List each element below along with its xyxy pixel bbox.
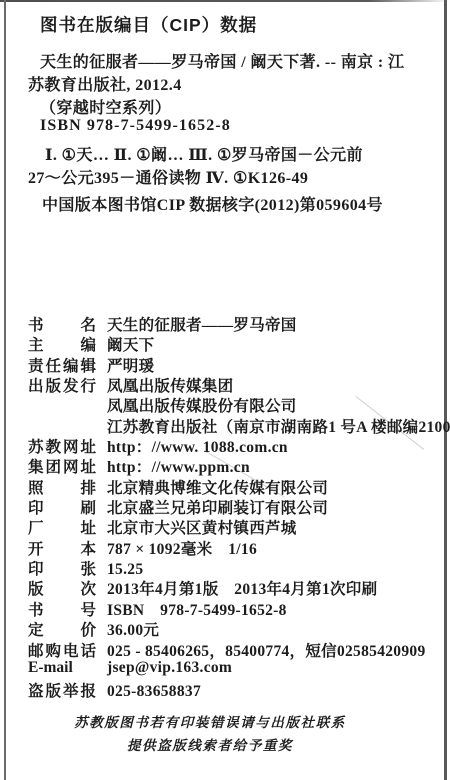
colophon-value: 15.25 (107, 561, 143, 579)
colophon-value: 北京精典博维文化传媒有限公司 (107, 476, 328, 498)
colophon-value: 2013年4月第1版 2013年4月第1次印刷 (107, 577, 377, 599)
colophon-label: 邮购电话 (28, 639, 96, 661)
cip-classification-line: 27～公元395－通俗读物 Ⅳ. ①K126-49 (28, 165, 308, 188)
colophon-row-email: E-mail jsep@vip.163.com (28, 659, 440, 679)
colophon-row-publisher-3: 江苏教育出版社（南京市湖南路1 号A 楼邮编210009） (28, 415, 440, 435)
colophon-label: 责任编辑 (28, 354, 96, 376)
colophon-value: 787 × 1092毫米 1/16 (107, 537, 257, 559)
colophon-label: 印张 (28, 557, 96, 579)
colophon-label: 书名 (28, 313, 96, 335)
colophon-row-sujiao-website: 苏教网址 http：//www. 1088.com.cn (28, 435, 440, 455)
colophon-row-edition: 版次 2013年4月第1版 2013年4月第1次印刷 (28, 577, 440, 597)
colophon-label: 定价 (28, 618, 96, 640)
cip-line: 天生的征服者——罗马帝国 / 阚天下著. -- 南京 : 江 (40, 49, 404, 72)
colophon-row-piracy-report: 盗版举报 025-83658837 (28, 679, 440, 699)
cip-series-line: （穿越时空系列） (40, 95, 171, 118)
colophon-row-price: 定价 36.00元 (28, 618, 440, 638)
colophon-label: 版次 (28, 577, 96, 599)
colophon-label: 照排 (28, 476, 96, 498)
colophon-row-responsible-editor: 责任编辑 严明瑗 (28, 354, 440, 374)
cip-record-number-line: 中国版本图书馆CIP 数据核字(2012)第059604号 (42, 192, 383, 215)
cip-title: 图书在版编目（CIP）数据 (40, 12, 257, 37)
colophon-label: 出版发行 (28, 374, 96, 396)
colophon-value: 凤凰出版传媒股份有限公司 (107, 394, 297, 416)
colophon-value: 北京市大兴区黄村镇西芦城 (107, 516, 297, 538)
cip-isbn-line: ISBN 978-7-5499-1652-8 (40, 117, 231, 135)
colophon-label: 印刷 (28, 496, 96, 518)
colophon-row-publisher-2: 凤凰出版传媒股份有限公司 (28, 394, 440, 414)
colophon-row-sheets: 印张 15.25 (28, 557, 440, 577)
colophon-list: 书名 天生的征服者——罗马帝国 主编 阚天下 责任编辑 严明瑗 出版发行 凤凰出… (28, 313, 440, 700)
colophon-label: 主编 (28, 333, 96, 355)
colophon-value: 36.00元 (107, 618, 159, 640)
notice-line-reward: 提供盗版线索者给予重奖 (0, 734, 420, 757)
scan-edge-left (4, 0, 6, 780)
colophon-value: ISBN 978-7-5499-1652-8 (107, 598, 287, 620)
colophon-row-group-website: 集团网址 http：//www.ppm.cn (28, 455, 440, 475)
colophon-value: 严明瑗 (107, 354, 154, 376)
colophon-label: 盗版举报 (28, 679, 96, 701)
colophon-label: 厂址 (28, 516, 96, 538)
colophon-value: 025 - 85406265，85400774，短信02585420909 (107, 639, 426, 661)
colophon-value: 天生的征服者——罗马帝国 (107, 313, 297, 335)
colophon-row-publisher: 出版发行 凤凰出版传媒集团 (28, 374, 440, 394)
colophon-label: 开本 (28, 537, 96, 559)
colophon-row-factory-address: 厂址 北京市大兴区黄村镇西芦城 (28, 516, 440, 536)
colophon-value: jsep@vip.163.com (107, 659, 232, 677)
publisher-notice: 苏教版图书若有印装错误请与出版社联系 提供盗版线索者给予重奖 (0, 711, 420, 757)
colophon-row-chief-editor: 主编 阚天下 (28, 333, 440, 353)
book-copyright-page: 图书在版编目（CIP）数据 天生的征服者——罗马帝国 / 阚天下著. -- 南京… (0, 0, 450, 780)
scan-edge-right (444, 0, 447, 780)
colophon-value: 阚天下 (107, 333, 154, 355)
colophon-value: 江苏教育出版社（南京市湖南路1 号A 楼邮编210009） (107, 415, 450, 437)
colophon-value: http：//www.ppm.cn (107, 455, 250, 477)
colophon-row-mail-order-phone: 邮购电话 025 - 85406265，85400774，短信025854209… (28, 639, 440, 659)
colophon-row-isbn: 书号 ISBN 978-7-5499-1652-8 (28, 598, 440, 618)
colophon-label: 书号 (28, 598, 96, 620)
colophon-row-format: 开本 787 × 1092毫米 1/16 (28, 537, 440, 557)
colophon-row-printing: 印刷 北京盛兰兄弟印刷装订有限公司 (28, 496, 440, 516)
colophon-value: 凤凰出版传媒集团 (107, 374, 233, 396)
colophon-label: 苏教网址 (28, 435, 96, 457)
colophon-value: 025-83658837 (107, 683, 201, 701)
colophon-value: http：//www. 1088.com.cn (107, 435, 288, 457)
colophon-row-book-title: 书名 天生的征服者——罗马帝国 (28, 313, 440, 333)
notice-line-misprint: 苏教版图书若有印装错误请与出版社联系 (0, 711, 420, 734)
cip-classification-line: Ⅰ. ①天… Ⅱ. ①阚… Ⅲ. ①罗马帝国－公元前 (45, 142, 363, 165)
colophon-row-typesetting: 照排 北京精典博维文化传媒有限公司 (28, 476, 440, 496)
cip-line: 苏教育出版社, 2012.4 (28, 72, 182, 95)
colophon-value: 北京盛兰兄弟印刷装订有限公司 (107, 496, 328, 518)
scan-edge-top (0, 0, 450, 2)
colophon-label: 集团网址 (28, 455, 96, 477)
colophon-label: E-mail (28, 659, 96, 677)
